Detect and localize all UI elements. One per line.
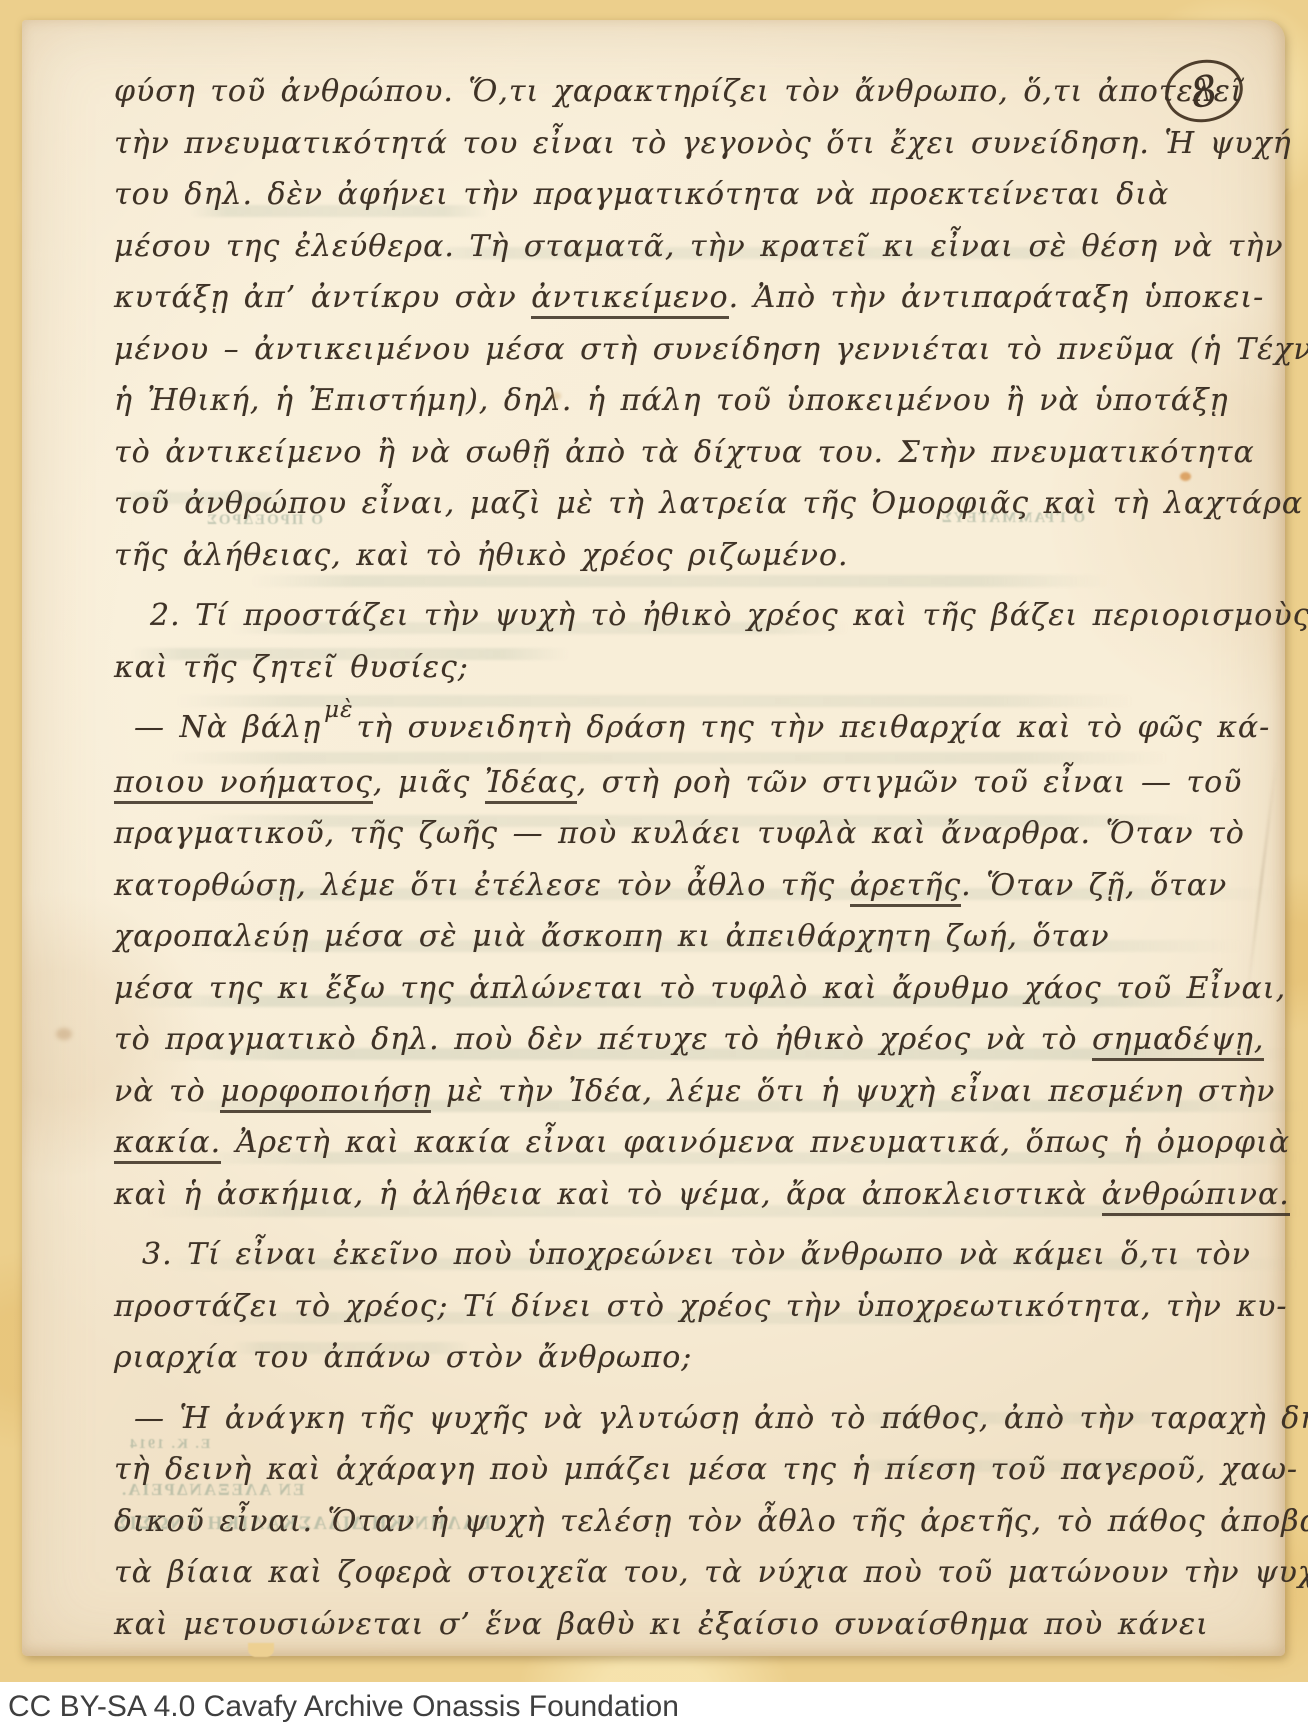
manuscript-line: τὸ πραγματικὸ δηλ. ποὺ δὲν πέτυχε τὸ ἠθι… bbox=[114, 1014, 1279, 1066]
handwritten-text: — Νὰ βάλῃ bbox=[134, 710, 321, 745]
manuscript-line: τὰ βίαια καὶ ζοφερὰ στοιχεῖα του, τὰ νύχ… bbox=[114, 1547, 1279, 1599]
manuscript-line: ἡ Ἠθική, ἡ Ἐπιστήμη), δηλ. ἡ πάλη τοῦ ὑπ… bbox=[114, 375, 1279, 427]
handwritten-text: καὶ τῆς ζητεῖ θυσίες; bbox=[114, 650, 469, 685]
manuscript-line: κατορθώσῃ, λέμε ὅτι ἐτέλεσε τὸν ἆθλο τῆς… bbox=[114, 860, 1279, 912]
handwritten-text: ἡ Ἠθική, ἡ Ἐπιστήμη), δηλ. ἡ πάλη τοῦ ὑπ… bbox=[114, 383, 1229, 418]
manuscript-line: — Νὰ βάλῃμὲτὴ συνειδητὴ δράση της τὴν πε… bbox=[114, 702, 1279, 757]
manuscript-line: καὶ μετουσιώνεται σ’ ἕνα βαθὺ κι ἐξαίσιο… bbox=[114, 1599, 1279, 1651]
manuscript-line: μέσου της ἐλεύθερα. Τὴ σταματᾶ, τὴν κρατ… bbox=[114, 221, 1279, 273]
manuscript-line: καὶ τῆς ζητεῖ θυσίες; bbox=[114, 642, 1279, 694]
manuscript-line: μένου – ἀντικειμένου μέσα στὴ συνείδηση … bbox=[114, 324, 1279, 376]
manuscript-line: τὸ ἀντικείμενο ἢ νὰ σωθῇ ἀπὸ τὰ δίχτυα τ… bbox=[114, 427, 1279, 479]
handwritten-text: καὶ ἡ ἀσκήμια, ἡ ἀλήθεια καὶ τὸ ψέμα, ἄρ… bbox=[114, 1177, 1102, 1212]
underlined-text: μορφοποιήσῃ bbox=[220, 1074, 431, 1113]
inserted-word: μὲ bbox=[324, 697, 353, 723]
underlined-text: κακία. bbox=[114, 1125, 221, 1164]
handwritten-text: φύση τοῦ ἀνθρώπου. Ὅ,τι χαρακτηρίζει τὸν… bbox=[114, 74, 1243, 109]
handwritten-text: — Ἡ ἀνάγκη τῆς ψυχῆς νὰ γλυτώσῃ ἀπὸ τὸ π… bbox=[134, 1401, 1308, 1436]
handwritten-text: χαροπαλεύῃ μέσα σὲ μιὰ ἄσκοπη κι ἀπειθάρ… bbox=[114, 919, 1110, 954]
handwritten-text: τῆς ἀλήθειας, καὶ τὸ ἠθικὸ χρέος ριζωμέν… bbox=[114, 538, 849, 573]
handwritten-text: τὴν πνευματικότητά του εἶναι τὸ γεγονὸς … bbox=[114, 126, 1292, 161]
handwritten-text: . Ὅταν ζῇ, ὅταν bbox=[961, 868, 1227, 903]
handwritten-text: τοῦ ἀνθρώπου εἶναι, μαζὶ μὲ τὴ λατρεία τ… bbox=[114, 486, 1303, 521]
manuscript-line: του δηλ. δὲν ἀφήνει τὴν πραγματικότητα ν… bbox=[114, 169, 1279, 221]
handwritten-text: δικοῦ εἶναι. Ὅταν ἡ ψυχὴ τελέσῃ τὸν ἆθλο… bbox=[114, 1504, 1308, 1539]
manuscript-line: — Ἡ ἀνάγκη τῆς ψυχῆς νὰ γλυτώσῃ ἀπὸ τὸ π… bbox=[114, 1393, 1279, 1445]
handwritten-text: μέσου της ἐλεύθερα. Τὴ σταματᾶ, τὴν κρατ… bbox=[114, 229, 1284, 264]
handwritten-text: 2. Τί προστάζει τὴν ψυχὴ τὸ ἠθικὸ χρέος … bbox=[150, 598, 1308, 633]
manuscript-line: τὴ δεινὴ καὶ ἀχάραγη ποὺ μπάζει μέσα της… bbox=[114, 1444, 1279, 1496]
underlined-text: Ἰδέας bbox=[485, 765, 577, 804]
handwritten-text: καὶ μετουσιώνεται σ’ ἕνα βαθὺ κι ἐξαίσιο… bbox=[114, 1607, 1209, 1642]
manuscript-line: τοῦ ἀνθρώπου εἶναι, μαζὶ μὲ τὴ λατρεία τ… bbox=[114, 478, 1279, 530]
handwritten-text: τὸ ἀντικείμενο ἢ νὰ σωθῇ ἀπὸ τὰ δίχτυα τ… bbox=[114, 435, 1255, 470]
handwritten-text: μέσα της κι ἔξω της ἁπλώνεται τὸ τυφλὸ κ… bbox=[114, 971, 1286, 1006]
manuscript-line: φύση τοῦ ἀνθρώπου. Ὅ,τι χαρακτηρίζει τὸν… bbox=[114, 66, 1279, 118]
underlined-text: ποιου νοήματος bbox=[114, 765, 373, 804]
manuscript-page: Ο ΠΡΟΕΔΡΟΣΟ ΓΡΑΜΜΑΤΕΥΣΕ. Κ. 1914ΕΝ ΑΛΕΞΑ… bbox=[22, 20, 1285, 1656]
manuscript-line: ριαρχία του ἀπάνω στὸν ἄνθρωπο; bbox=[114, 1332, 1279, 1384]
manuscript-line: χαροπαλεύῃ μέσα σὲ μιὰ ἄσκοπη κι ἀπειθάρ… bbox=[114, 911, 1279, 963]
manuscript-line: τῆς ἀλήθειας, καὶ τὸ ἠθικὸ χρέος ριζωμέν… bbox=[114, 530, 1279, 582]
manuscript-line: κακία. Ἀρετὴ καὶ κακία εἶναι φαινόμενα π… bbox=[114, 1117, 1279, 1169]
manuscript-line: 3. Τί εἶναι ἐκεῖνο ποὺ ὑποχρεώνει τὸν ἄν… bbox=[114, 1229, 1279, 1281]
handwritten-text: Ἀρετὴ καὶ κακία εἶναι φαινόμενα πνευματι… bbox=[221, 1125, 1290, 1160]
manuscript-line: τὴν πνευματικότητά του εἶναι τὸ γεγονὸς … bbox=[114, 118, 1279, 170]
handwritten-text: κατορθώσῃ, λέμε ὅτι ἐτέλεσε τὸν ἆθλο τῆς bbox=[114, 868, 850, 903]
manuscript-line: καὶ ἡ ἀσκήμια, ἡ ἀλήθεια καὶ τὸ ψέμα, ἄρ… bbox=[114, 1169, 1279, 1221]
manuscript-line: ποιου νοήματος, μιᾶς Ἰδέας, στὴ ροὴ τῶν … bbox=[114, 757, 1279, 809]
handwritten-text: μὲ τὴν Ἰδέα, λέμε ὅτι ἡ ψυχὴ εἶναι πεσμέ… bbox=[431, 1074, 1275, 1109]
handwritten-text: . Ἀπὸ τὴν ἀντιπαράταξη ὑποκει- bbox=[729, 280, 1265, 315]
attribution-text: CC BY-SA 4.0 Cavafy Archive Onassis Foun… bbox=[8, 1690, 679, 1724]
manuscript-line: μέσα της κι ἔξω της ἁπλώνεται τὸ τυφλὸ κ… bbox=[114, 963, 1279, 1015]
handwriting-block: φύση τοῦ ἀνθρώπου. Ὅ,τι χαρακτηρίζει τὸν… bbox=[114, 66, 1279, 1650]
manuscript-line: κυτάξῃ ἀπ’ ἀντίκρυ σὰν ἀντικείμενο. Ἀπὸ … bbox=[114, 272, 1279, 324]
handwritten-text: τὴ δεινὴ καὶ ἀχάραγη ποὺ μπάζει μέσα της… bbox=[114, 1452, 1298, 1487]
handwritten-text: προστάζει τὸ χρέος; Τί δίνει στὸ χρέος τ… bbox=[114, 1289, 1288, 1324]
manuscript-line: προστάζει τὸ χρέος; Τί δίνει στὸ χρέος τ… bbox=[114, 1281, 1279, 1333]
handwritten-text: , μιᾶς bbox=[373, 765, 485, 800]
underlined-text: ἀρετῆς bbox=[850, 868, 961, 907]
handwritten-text: νὰ τὸ bbox=[114, 1074, 220, 1109]
manuscript-line: πραγματικοῦ, τῆς ζωῆς — ποὺ κυλάει τυφλὰ… bbox=[114, 808, 1279, 860]
attribution-bar: CC BY-SA 4.0 Cavafy Archive Onassis Foun… bbox=[0, 1682, 1308, 1732]
handwritten-text: τὴ συνειδητὴ δράση της τὴν πειθαρχία καὶ… bbox=[356, 710, 1270, 745]
underlined-text: ἀντικείμενο bbox=[531, 280, 728, 319]
handwritten-text: μένου – ἀντικειμένου μέσα στὴ συνείδηση … bbox=[114, 332, 1308, 367]
handwritten-text: τὸ πραγματικὸ δηλ. ποὺ δὲν πέτυχε τὸ ἠθι… bbox=[114, 1022, 1092, 1057]
underlined-text: ἀνθρώπινα. bbox=[1102, 1177, 1290, 1216]
handwritten-text: , στὴ ροὴ τῶν στιγμῶν τοῦ εἶναι — τοῦ bbox=[577, 765, 1243, 800]
handwritten-text: κυτάξῃ ἀπ’ ἀντίκρυ σὰν bbox=[114, 280, 531, 315]
handwritten-text: ριαρχία του ἀπάνω στὸν ἄνθρωπο; bbox=[114, 1340, 692, 1375]
handwritten-text: τὰ βίαια καὶ ζοφερὰ στοιχεῖα του, τὰ νύχ… bbox=[114, 1555, 1308, 1590]
handwritten-text: πραγματικοῦ, τῆς ζωῆς — ποὺ κυλάει τυφλὰ… bbox=[114, 816, 1245, 851]
handwritten-text: του δηλ. δὲν ἀφήνει τὴν πραγματικότητα ν… bbox=[114, 177, 1169, 212]
foxing-spot bbox=[56, 1028, 72, 1040]
manuscript-line: νὰ τὸ μορφοποιήσῃ μὲ τὴν Ἰδέα, λέμε ὅτι … bbox=[114, 1066, 1279, 1118]
underlined-text: σημαδέψῃ, bbox=[1092, 1022, 1264, 1061]
manuscript-line: 2. Τί προστάζει τὴν ψυχὴ τὸ ἠθικὸ χρέος … bbox=[114, 590, 1279, 642]
manuscript-line: δικοῦ εἶναι. Ὅταν ἡ ψυχὴ τελέσῃ τὸν ἆθλο… bbox=[114, 1496, 1279, 1548]
paper-chip bbox=[248, 1643, 274, 1657]
handwritten-text: 3. Τί εἶναι ἐκεῖνο ποὺ ὑποχρεώνει τὸν ἄν… bbox=[142, 1237, 1251, 1272]
